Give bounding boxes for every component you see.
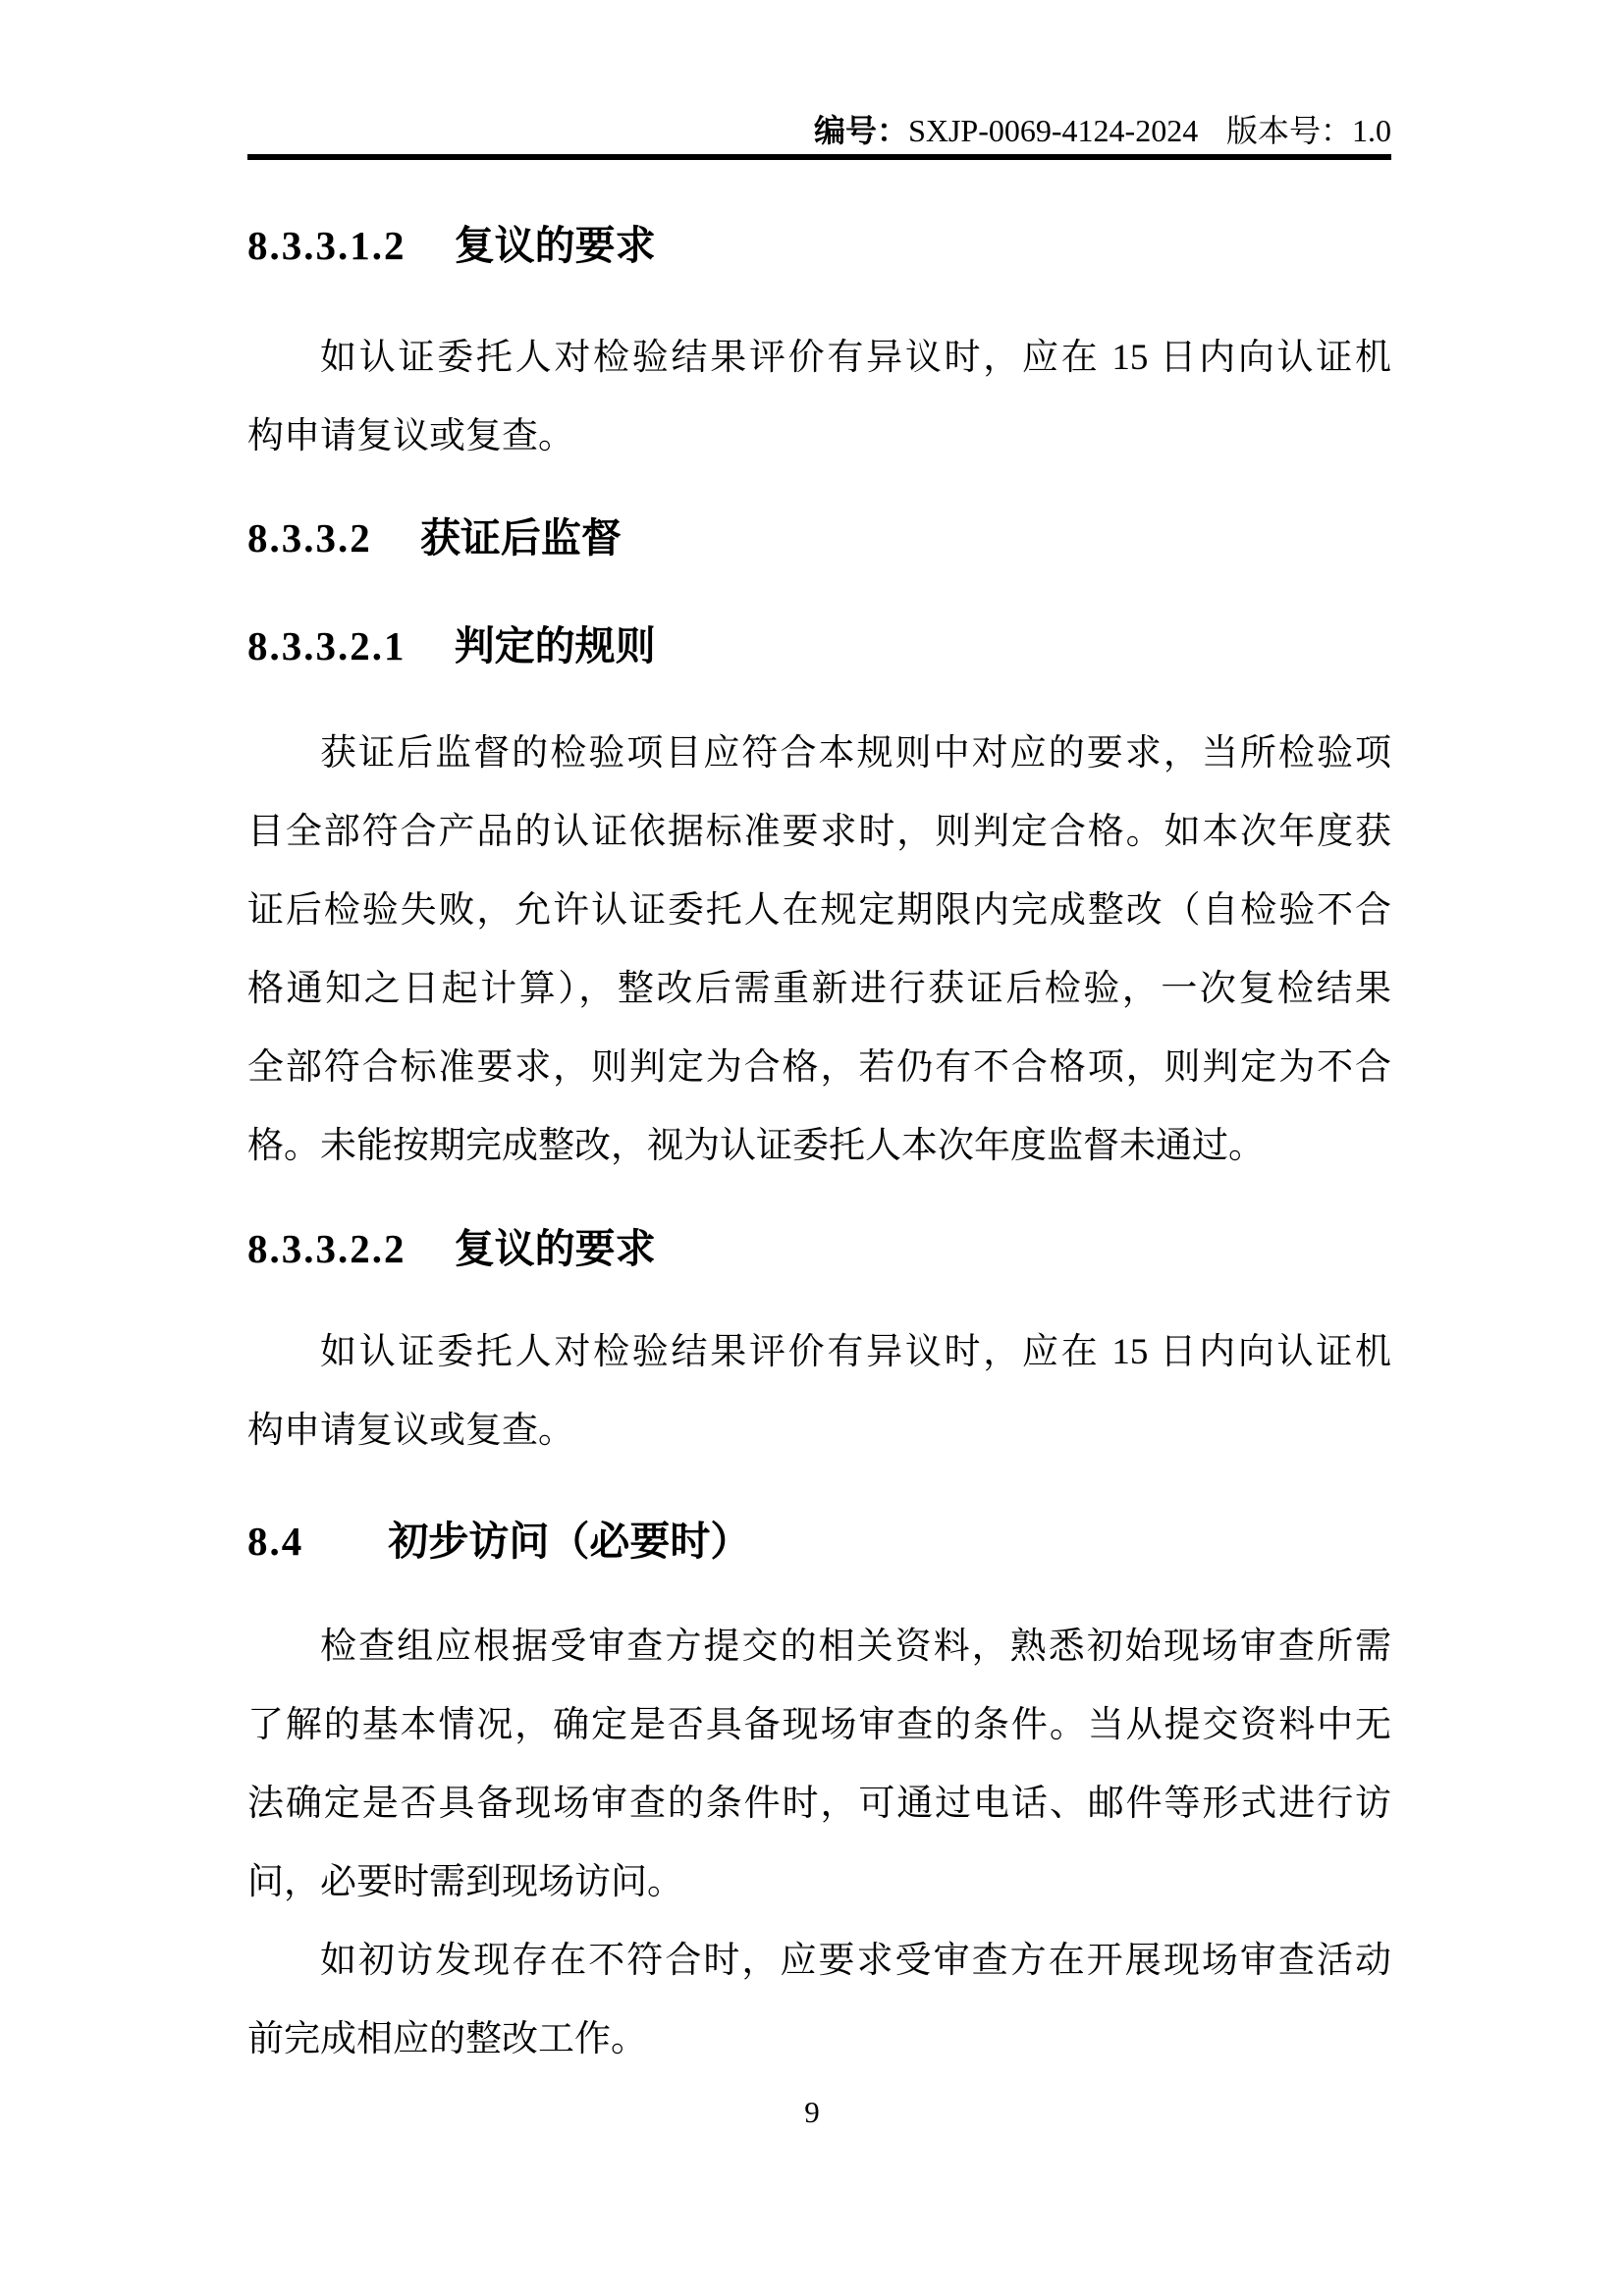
section-number: 8.4 [247,1519,303,1564]
paragraph-line: 全部符合标准要求，则判定为合格，若仍有不合格项，则判定为不合 [247,1029,1391,1107]
paragraph-line: 格通知之日起计算），整改后需重新进行获证后检验，一次复检结果 [247,950,1391,1029]
paragraph-judgement-rules: 获证后监督的检验项目应符合本规则中对应的要求，当所检验项 目全部符合产品的认证依… [247,715,1391,1186]
paragraph-line: 获证后监督的检验项目应符合本规则中对应的要求，当所检验项 [247,715,1391,793]
paragraph-line: 了解的基本情况，确定是否具备现场审查的条件。当从提交资料中无 [247,1686,1391,1765]
section-heading-8-4: 8.4初步访问（必要时） [247,1502,1391,1580]
section-title: 获证后监督 [420,515,622,561]
section-number: 8.3.3.1.2 [247,223,406,268]
section-number: 8.3.3.2.1 [247,623,406,668]
version-value: 1.0 [1352,113,1391,148]
section-heading-8-3-3-2-1: 8.3.3.2.1判定的规则 [247,607,1391,685]
section-title: 初步访问（必要时） [388,1519,750,1564]
paragraph-line: 目全部符合产品的认证依据标准要求时，则判定合格。如本次年度获 [247,793,1391,872]
paragraph-line: 格。未能按期完成整改，视为认证委托人本次年度监督未通过。 [247,1107,1391,1186]
paragraph-review-request-2: 如认证委托人对检验结果评价有异议时，应在 15 日内向认证机 构申请复议或复查。 [247,1313,1391,1470]
header-rule [247,154,1391,160]
paragraph-review-request-1: 如认证委托人对检验结果评价有异议时，应在 15 日内向认证机 构申请复议或复查。 [247,319,1391,476]
paragraph-line: 如认证委托人对检验结果评价有异议时，应在 15 日内向认证机 [247,1313,1391,1392]
paragraph-line: 构申请复议或复查。 [247,398,1391,476]
paragraph-line: 法确定是否具备现场审查的条件时，可通过电话、邮件等形式进行访 [247,1765,1391,1843]
section-heading-8-3-3-2: 8.3.3.2获证后监督 [247,499,1391,577]
paragraph-line: 检查组应根据受审查方提交的相关资料，熟悉初始现场审查所需 [247,1608,1391,1686]
section-title: 判定的规则 [455,623,656,668]
paragraph-line: 如认证委托人对检验结果评价有异议时，应在 15 日内向认证机 [247,319,1391,398]
section-title: 复议的要求 [455,1226,656,1271]
paragraph-preliminary-visit-2: 如初访发现存在不符合时，应要求受审查方在开展现场审查活动 前完成相应的整改工作。 [247,1922,1391,2079]
section-number: 8.3.3.2 [247,515,372,561]
paragraph-preliminary-visit-1: 检查组应根据受审查方提交的相关资料，熟悉初始现场审查所需 了解的基本情况，确定是… [247,1608,1391,1922]
version-label: 版本号： [1226,113,1352,148]
paragraph-line: 构申请复议或复查。 [247,1392,1391,1470]
page-number: 9 [0,2073,1624,2152]
document-page: 编号：SXJP-0069-4124-2024版本号：1.0 8.3.3.1.2复… [0,0,1624,2296]
paragraph-line: 如初访发现存在不符合时，应要求受审查方在开展现场审查活动 [247,1922,1391,2001]
section-number: 8.3.3.2.2 [247,1226,406,1271]
paragraph-line: 前完成相应的整改工作。 [247,2001,1391,2079]
section-title: 复议的要求 [455,223,656,268]
section-heading-8-3-3-2-2: 8.3.3.2.2复议的要求 [247,1209,1391,1288]
paragraph-line: 问，必要时需到现场访问。 [247,1843,1391,1922]
paragraph-line: 证后检验失败，允许认证委托人在规定期限内完成整改（自检验不合 [247,872,1391,950]
section-heading-8-3-3-1-2: 8.3.3.1.2复议的要求 [247,206,1391,285]
doc-number-value: SXJP-0069-4124-2024 [908,113,1198,148]
doc-number-label: 编号： [814,113,908,148]
